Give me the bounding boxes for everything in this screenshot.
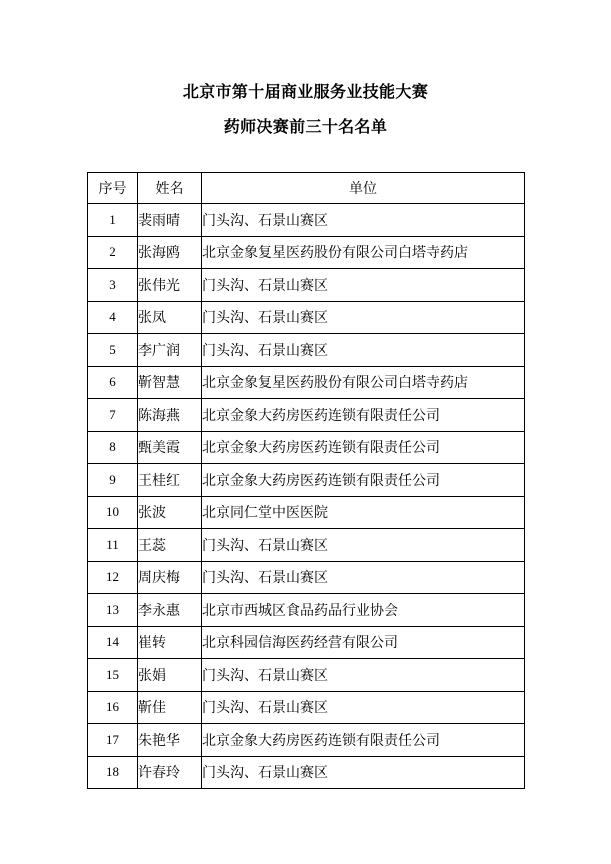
table-row: 2 张海鸥 北京金象复星医药股份有限公司白塔寺药店 xyxy=(88,236,525,269)
cell-unit: 北京金象复星医药股份有限公司白塔寺药店 xyxy=(202,366,525,399)
cell-unit: 门头沟、石景山赛区 xyxy=(202,561,525,594)
cell-name: 张海鸥 xyxy=(138,236,202,269)
cell-number: 5 xyxy=(88,334,138,367)
table-row: 11 王蕊 门头沟、石景山赛区 xyxy=(88,529,525,562)
cell-number: 17 xyxy=(88,724,138,757)
doc-title: 北京市第十届商业服务业技能大赛 xyxy=(0,79,611,102)
cell-name: 李永惠 xyxy=(138,594,202,627)
cell-name: 王蕊 xyxy=(138,529,202,562)
cell-number: 12 xyxy=(88,561,138,594)
table-row: 8 甄美霞 北京金象大药房医药连锁有限责任公司 xyxy=(88,431,525,464)
cell-name: 陈海燕 xyxy=(138,399,202,432)
cell-name: 周庆梅 xyxy=(138,561,202,594)
cell-name: 朱艳华 xyxy=(138,724,202,757)
table-row: 7 陈海燕 北京金象大药房医药连锁有限责任公司 xyxy=(88,399,525,432)
cell-unit: 北京金象复星医药股份有限公司白塔寺药店 xyxy=(202,236,525,269)
table-row: 10 张波 北京同仁堂中医医院 xyxy=(88,496,525,529)
cell-number: 16 xyxy=(88,691,138,724)
cell-unit: 门头沟、石景山赛区 xyxy=(202,269,525,302)
table-row: 12 周庆梅 门头沟、石景山赛区 xyxy=(88,561,525,594)
cell-number: 7 xyxy=(88,399,138,432)
cell-unit: 门头沟、石景山赛区 xyxy=(202,301,525,334)
cell-number: 13 xyxy=(88,594,138,627)
cell-unit: 门头沟、石景山赛区 xyxy=(202,204,525,237)
cell-name: 靳佳 xyxy=(138,691,202,724)
cell-unit: 门头沟、石景山赛区 xyxy=(202,334,525,367)
table-row: 3 张伟光 门头沟、石景山赛区 xyxy=(88,269,525,302)
table-row: 1 裴雨晴 门头沟、石景山赛区 xyxy=(88,204,525,237)
header-cell-number: 序号 xyxy=(88,173,138,204)
cell-unit: 北京金象大药房医药连锁有限责任公司 xyxy=(202,431,525,464)
cell-name: 李广润 xyxy=(138,334,202,367)
table-row: 4 张凤 门头沟、石景山赛区 xyxy=(88,301,525,334)
table-row: 18 许春玲 门头沟、石景山赛区 xyxy=(88,756,525,789)
table-row: 9 王桂红 北京金象大药房医药连锁有限责任公司 xyxy=(88,464,525,497)
doc-subtitle: 药师决赛前三十名名单 xyxy=(0,114,611,137)
cell-number: 2 xyxy=(88,236,138,269)
cell-name: 甄美霞 xyxy=(138,431,202,464)
cell-unit: 门头沟、石景山赛区 xyxy=(202,756,525,789)
table-row: 6 靳智慧 北京金象复星医药股份有限公司白塔寺药店 xyxy=(88,366,525,399)
table-header-row: 序号 姓名 单位 xyxy=(88,173,525,204)
cell-unit: 北京同仁堂中医医院 xyxy=(202,496,525,529)
header-cell-name: 姓名 xyxy=(138,173,202,204)
cell-name: 崔转 xyxy=(138,626,202,659)
cell-name: 张波 xyxy=(138,496,202,529)
cell-name: 靳智慧 xyxy=(138,366,202,399)
cell-number: 14 xyxy=(88,626,138,659)
table-row: 14 崔转 北京科园信海医药经营有限公司 xyxy=(88,626,525,659)
cell-number: 3 xyxy=(88,269,138,302)
header-cell-unit: 单位 xyxy=(202,173,525,204)
cell-number: 10 xyxy=(88,496,138,529)
cell-name: 张娟 xyxy=(138,659,202,692)
cell-number: 1 xyxy=(88,204,138,237)
cell-unit: 北京市西城区食品药品行业协会 xyxy=(202,594,525,627)
cell-name: 许春玲 xyxy=(138,756,202,789)
cell-number: 11 xyxy=(88,529,138,562)
cell-unit: 北京金象大药房医药连锁有限责任公司 xyxy=(202,399,525,432)
document-page: 北京市第十届商业服务业技能大赛 药师决赛前三十名名单 序号 姓名 单位 1 裴雨… xyxy=(0,0,611,864)
cell-number: 15 xyxy=(88,659,138,692)
cell-number: 8 xyxy=(88,431,138,464)
cell-name: 裴雨晴 xyxy=(138,204,202,237)
table-row: 15 张娟 门头沟、石景山赛区 xyxy=(88,659,525,692)
cell-number: 4 xyxy=(88,301,138,334)
table-row: 16 靳佳 门头沟、石景山赛区 xyxy=(88,691,525,724)
table-row: 5 李广润 门头沟、石景山赛区 xyxy=(88,334,525,367)
cell-number: 9 xyxy=(88,464,138,497)
cell-number: 6 xyxy=(88,366,138,399)
cell-number: 18 xyxy=(88,756,138,789)
cell-unit: 北京金象大药房医药连锁有限责任公司 xyxy=(202,724,525,757)
roster-table: 序号 姓名 单位 1 裴雨晴 门头沟、石景山赛区 2 张海鸥 北京金象复星医药股… xyxy=(87,172,525,789)
cell-unit: 北京金象大药房医药连锁有限责任公司 xyxy=(202,464,525,497)
cell-unit: 北京科园信海医药经营有限公司 xyxy=(202,626,525,659)
roster-table-body: 1 裴雨晴 门头沟、石景山赛区 2 张海鸥 北京金象复星医药股份有限公司白塔寺药… xyxy=(88,204,525,789)
cell-name: 张伟光 xyxy=(138,269,202,302)
cell-unit: 门头沟、石景山赛区 xyxy=(202,529,525,562)
table-row: 13 李永惠 北京市西城区食品药品行业协会 xyxy=(88,594,525,627)
table-row: 17 朱艳华 北京金象大药房医药连锁有限责任公司 xyxy=(88,724,525,757)
cell-name: 王桂红 xyxy=(138,464,202,497)
cell-name: 张凤 xyxy=(138,301,202,334)
cell-unit: 门头沟、石景山赛区 xyxy=(202,659,525,692)
cell-unit: 门头沟、石景山赛区 xyxy=(202,691,525,724)
